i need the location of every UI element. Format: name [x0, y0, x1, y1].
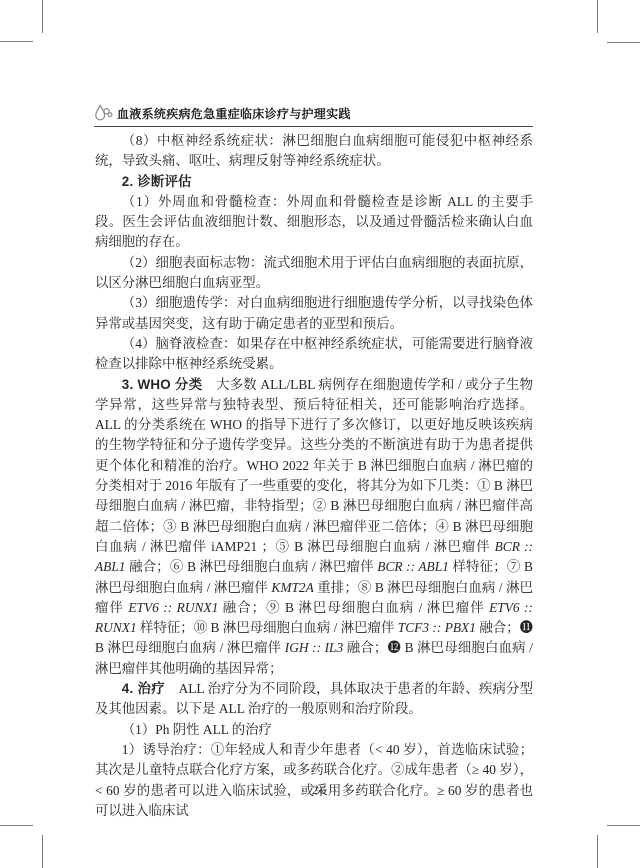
running-head: 血液系统疾病危急重症临床诊疗与护理实践	[94, 104, 533, 127]
text-run: （3）细胞遗传学：对白血病细胞进行细胞遗传学分析，以寻找染色体异常或基因突变，这…	[95, 295, 533, 330]
blood-drop-icon	[94, 104, 113, 122]
section-heading: 4. 治疗	[122, 681, 165, 696]
text-run: 1）诱导治疗：①年轻成人和青少年患者（< 40 岁），首选临床试验；其次是儿童特…	[95, 742, 533, 818]
paragraph: （1）Ph 阴性 ALL 的治疗	[95, 720, 533, 740]
gene-name: TCF3 :: PBX1	[398, 620, 476, 635]
crop-mark-top-right-horizontal	[607, 42, 640, 43]
gene-name: KMT2A	[271, 580, 313, 595]
text-run: （1）Ph 阴性 ALL 的治疗	[122, 722, 272, 737]
scanned-book-page: 血液系统疾病危急重症临床诊疗与护理实践 （8）中枢神经系统症状：淋巴细胞白血病细…	[0, 0, 640, 868]
crop-mark-bottom-left-vertical	[42, 835, 43, 868]
paragraph: （1）外周血和骨髓检查：外周血和骨髓检查是诊断 ALL 的主要手段。医生会评估血…	[95, 192, 533, 253]
crop-mark-top-left-horizontal	[0, 41, 33, 42]
paragraph: （3）细胞遗传学：对白血病细胞进行细胞遗传学分析，以寻找染色体异常或基因突变，这…	[95, 293, 533, 334]
paragraph: 3. WHO 分类 大多数 ALL/LBL 病例存在细胞遗传学和 / 或分子生物…	[95, 375, 533, 679]
crop-mark-bottom-right-horizontal	[607, 825, 640, 826]
paragraph: 4. 治疗 ALL 治疗分为不同阶段，具体取决于患者的年龄、疾病分型及其他因素。…	[95, 679, 533, 720]
text-run: （8）中枢神经系统症状：淋巴细胞白血病细胞可能侵犯中枢神经系统，导致头痛、呕吐、…	[95, 133, 533, 168]
text-run: 融合；⑨ B 淋巴母细胞白血病 / 淋巴瘤伴	[218, 600, 489, 615]
page-body: （8）中枢神经系统症状：淋巴细胞白血病细胞可能侵犯中枢神经系统，导致头痛、呕吐、…	[95, 131, 533, 821]
gene-name: ETV6 :: RUNX1	[128, 600, 218, 615]
text-run: 大多数 ALL/LBL 病例存在细胞遗传学和 / 或分子生物学异常，这些异常与独…	[95, 377, 533, 554]
crop-mark-bottom-right-vertical	[597, 835, 598, 868]
paragraph: （2）细胞表面标志物：流式细胞术用于评估白血病细胞的表面抗原，以区分淋巴细胞白血…	[95, 253, 533, 294]
text-run: （2）细胞表面标志物：流式细胞术用于评估白血病细胞的表面抗原，以区分淋巴细胞白血…	[95, 255, 533, 290]
crop-mark-top-left-vertical	[42, 0, 43, 33]
text-run: 样特征；⑩ B 淋巴母细胞白血病 / 淋巴瘤伴	[137, 620, 398, 635]
text-run: （1）外周血和骨髓检查：外周血和骨髓检查是诊断 ALL 的主要手段。医生会评估血…	[95, 194, 533, 250]
crop-mark-bottom-left-horizontal	[0, 825, 33, 826]
section-heading: 3. WHO 分类	[122, 377, 203, 392]
paragraph: （4）脑脊液检查：如果存在中枢神经系统症状，可能需要进行脑脊液检查以排除中枢神经…	[95, 334, 533, 375]
crop-mark-top-right-vertical	[597, 0, 598, 33]
text-run: （4）脑脊液检查：如果存在中枢神经系统症状，可能需要进行脑脊液检查以排除中枢神经…	[95, 336, 533, 371]
paragraph: （8）中枢神经系统症状：淋巴细胞白血病细胞可能侵犯中枢神经系统，导致头痛、呕吐、…	[95, 131, 533, 172]
section-heading: 2. 诊断评估	[122, 174, 192, 189]
book-title: 血液系统疾病危急重症临床诊疗与护理实践	[117, 105, 351, 122]
gene-name: IGH :: IL3	[285, 640, 343, 655]
gene-name: BCR :: ABL1	[377, 559, 449, 574]
paragraph: 2. 诊断评估	[95, 172, 533, 192]
text-run: 融合；⑥ B 淋巴母细胞白血病 / 淋巴瘤伴	[126, 559, 378, 574]
page-number: · 26 ·	[0, 783, 640, 798]
paragraph: 1）诱导治疗：①年轻成人和青少年患者（< 40 岁），首选临床试验；其次是儿童特…	[95, 740, 533, 821]
